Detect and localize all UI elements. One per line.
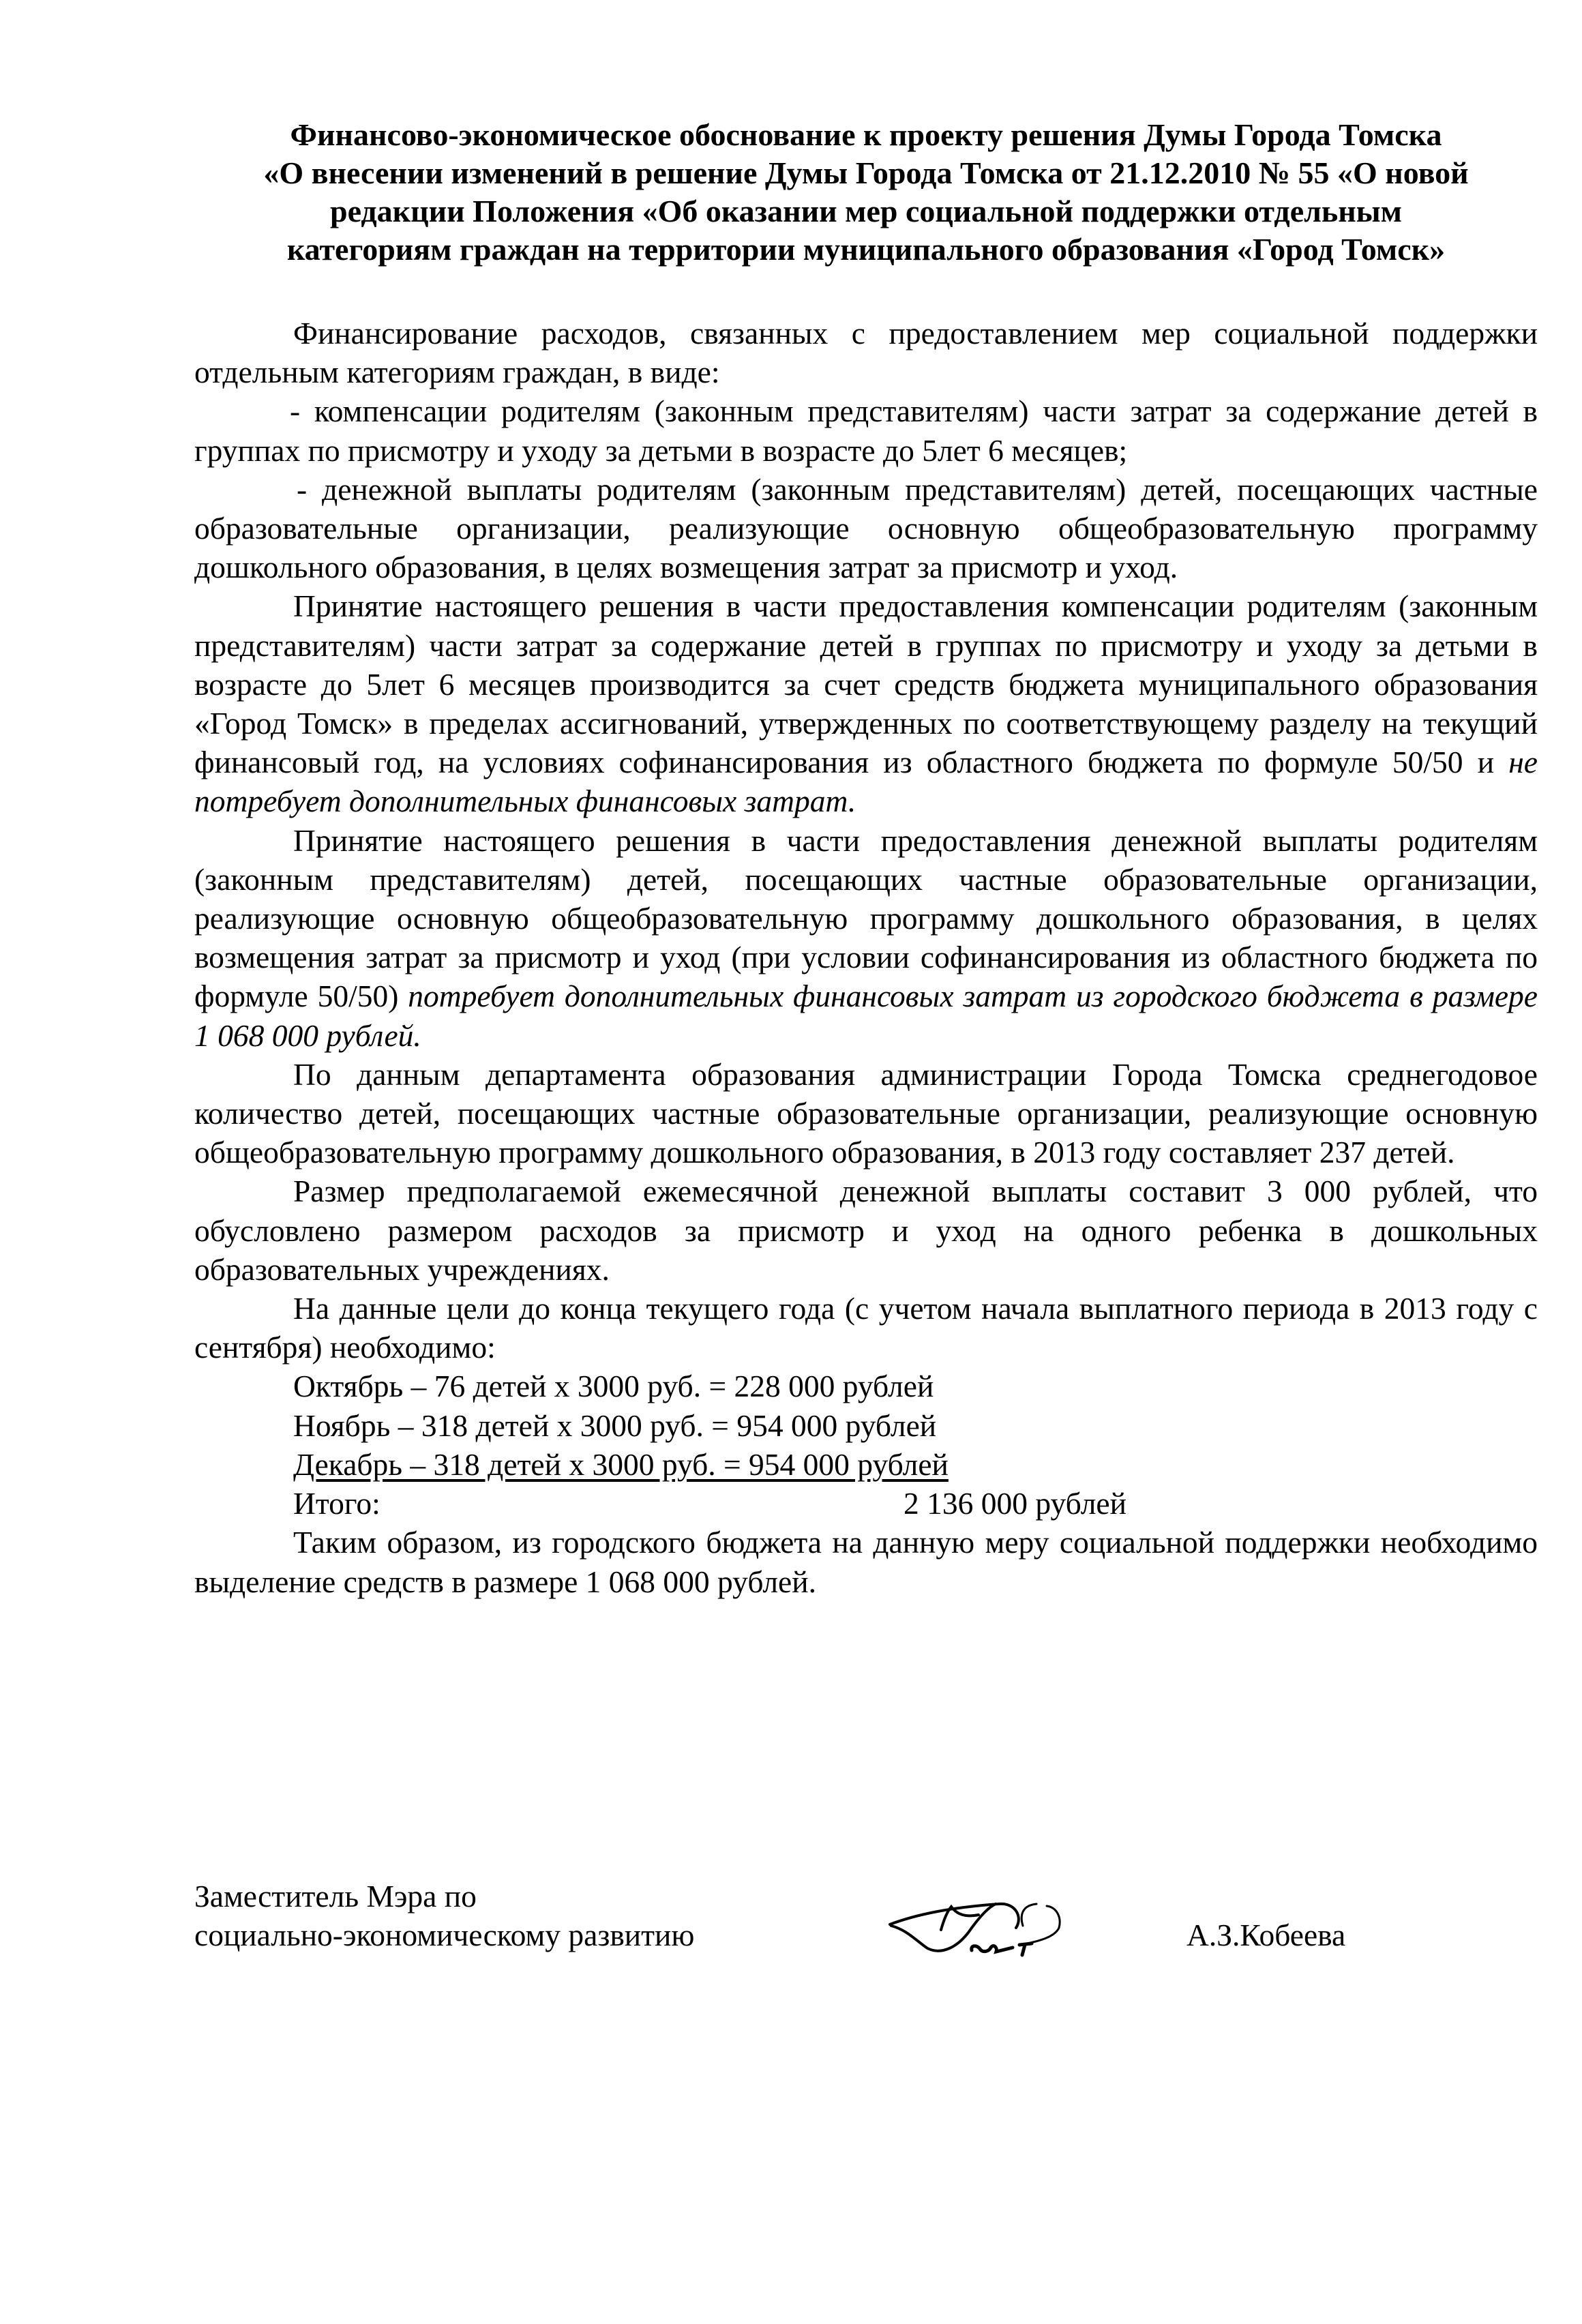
total-value: 2 136 000 рублей <box>904 1484 1126 1523</box>
calc-total-row: Итого: 2 136 000 рублей <box>293 1484 1538 1523</box>
list-item-payment: - денежной выплаты родителям (законным п… <box>194 470 1538 587</box>
paragraph-period: На данные цели до конца текущего года (с… <box>194 1289 1538 1367</box>
title-line: редакции Положения «Об оказании мер соци… <box>184 192 1548 230</box>
title-line: категориям граждан на территории муницип… <box>184 230 1548 269</box>
document-page: Финансово-экономическое обоснование к пр… <box>0 0 1582 2324</box>
paragraph-text: Принятие настоящего решения в части пред… <box>194 589 1538 779</box>
handwritten-signature-icon <box>876 1877 1081 1958</box>
total-label: Итого: <box>293 1486 380 1521</box>
paragraph-payment-size: Размер предполагаемой ежемесячной денежн… <box>194 1172 1538 1289</box>
calc-row-october: Октябрь – 76 детей х 3000 руб. = 228 000… <box>293 1367 1538 1405</box>
calc-row-november: Ноябрь – 318 детей х 3000 руб. = 954 000… <box>293 1406 1538 1445</box>
role-line: Заместитель Мэра по <box>194 1877 694 1916</box>
list-item-compensation: - компенсации родителям (законным предст… <box>194 391 1538 469</box>
calc-row-text: Декабрь – 318 детей х 3000 руб. = 954 00… <box>293 1447 949 1482</box>
paragraph-payment-funding: Принятие настоящего решения в части пред… <box>194 821 1538 1055</box>
calculation-table: Октябрь – 76 детей х 3000 руб. = 228 000… <box>194 1367 1538 1523</box>
title-line: Финансово-экономическое обоснование к пр… <box>184 116 1548 154</box>
paragraph-compensation-funding: Принятие настоящего решения в части пред… <box>194 586 1538 820</box>
calc-row-december: Декабрь – 318 детей х 3000 руб. = 954 00… <box>293 1445 1538 1484</box>
paragraph-conclusion: Таким образом, из городского бюджета на … <box>194 1523 1538 1600</box>
signatory-role: Заместитель Мэра по социально-экономичес… <box>194 1877 694 1954</box>
role-line: социально-экономическому развитию <box>194 1916 694 1954</box>
title-line: «О внесении изменений в решение Думы Гор… <box>184 154 1548 192</box>
paragraph-intro: Финансирование расходов, связанных с пре… <box>194 314 1538 391</box>
document-body: Финансирование расходов, связанных с пре… <box>194 314 1538 1601</box>
signatory-name: А.З.Кобеева <box>1186 1916 1345 1954</box>
document-title: Финансово-экономическое обоснование к пр… <box>184 116 1548 269</box>
signature-block: Заместитель Мэра по социально-экономичес… <box>194 1877 1538 1965</box>
paragraph-children-count: По данным департамента образования админ… <box>194 1055 1538 1172</box>
